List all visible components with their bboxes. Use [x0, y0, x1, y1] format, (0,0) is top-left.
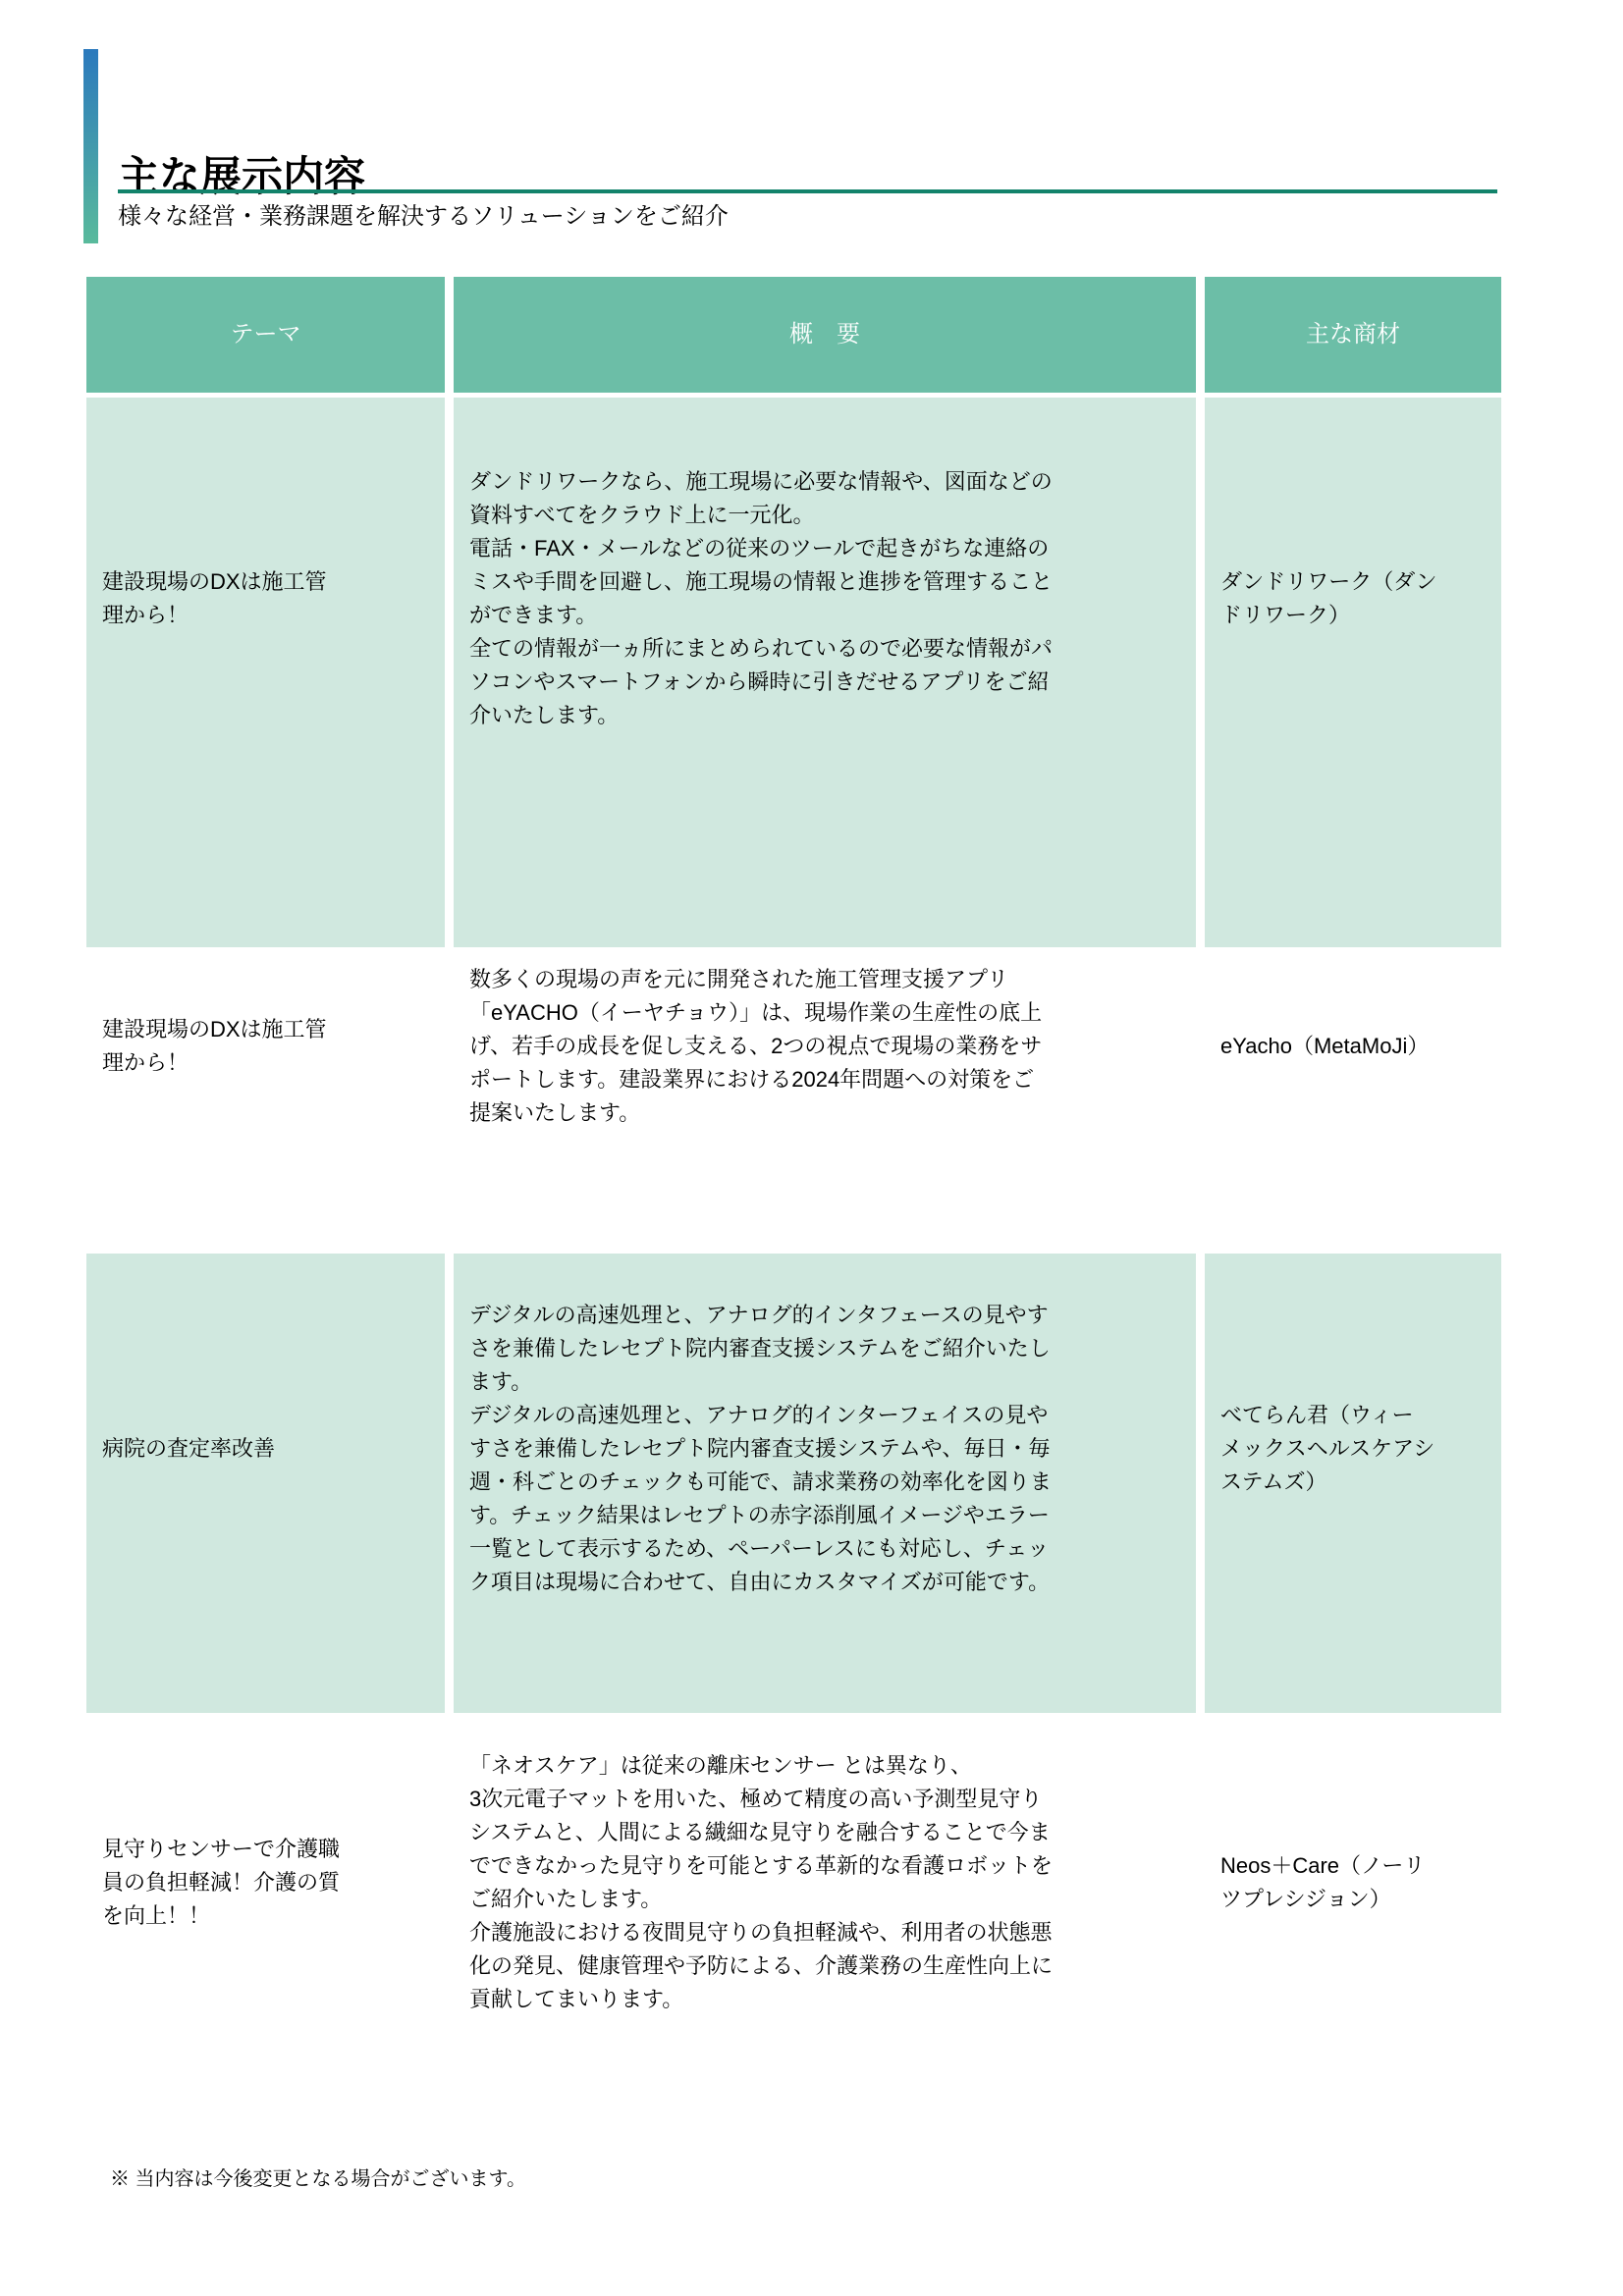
product-cell-row2: eYacho（MetaMoJi）: [1205, 952, 1501, 1249]
theme-cell-row4: 見守りセンサーで介護職 員の負担軽減！介護の質 を向上！！: [86, 1718, 445, 2115]
col-header-overview: 概 要: [454, 277, 1196, 393]
page-title: 主な展示内容: [118, 151, 365, 203]
product-cell-row1: ダンドリワーク（ダン ドリワーク）: [1205, 398, 1501, 947]
theme-cell-row3: 病院の査定率改善: [86, 1254, 445, 1713]
col-header-theme: テーマ: [86, 277, 445, 393]
overview-cell-row3: デジタルの高速処理と、アナログ的インタフェースの見やす さを兼備したレセプト院内…: [454, 1254, 1196, 1713]
col-header-product: 主な商材: [1205, 277, 1501, 393]
product-cell-row4: Neos＋Care（ノーリ ツプレシジョン）: [1205, 1718, 1501, 2115]
overview-cell-row4: 「ネオスケア」は従来の離床センサー とは異なり、 3次元電子マットを用いた、極め…: [454, 1718, 1196, 2115]
footnote: ※ 当内容は今後変更となる場合がございます。: [110, 2165, 526, 2193]
overview-cell-row2: 数多くの現場の声を元に開発された施工管理支援アプリ 「eYACHO（イーヤチョウ…: [454, 952, 1196, 1249]
product-cell-row3: べてらん君（ウィー メックスヘルスケアシ ステムズ）: [1205, 1254, 1501, 1713]
slide-page: 主な展示内容 様々な経営・業務課題を解決するソリューションをご紹介 テーマ 概 …: [0, 0, 1623, 2296]
title-underline: [118, 189, 1497, 193]
overview-cell-row1: ダンドリワークなら、施工現場に必要な情報や、図面などの 資料すべてをクラウド上に…: [454, 398, 1196, 947]
exhibit-table: テーマ 概 要 主な商材 建設現場のDXは施工管 理から！ ダンドリワークなら、…: [86, 277, 1502, 2115]
accent-gradient-bar: [83, 49, 98, 243]
page-subtitle: 様々な経営・業務課題を解決するソリューションをご紹介: [118, 201, 729, 232]
theme-cell-row1: 建設現場のDXは施工管 理から！: [86, 398, 445, 947]
theme-cell-row2: 建設現場のDXは施工管 理から！: [86, 952, 445, 1249]
